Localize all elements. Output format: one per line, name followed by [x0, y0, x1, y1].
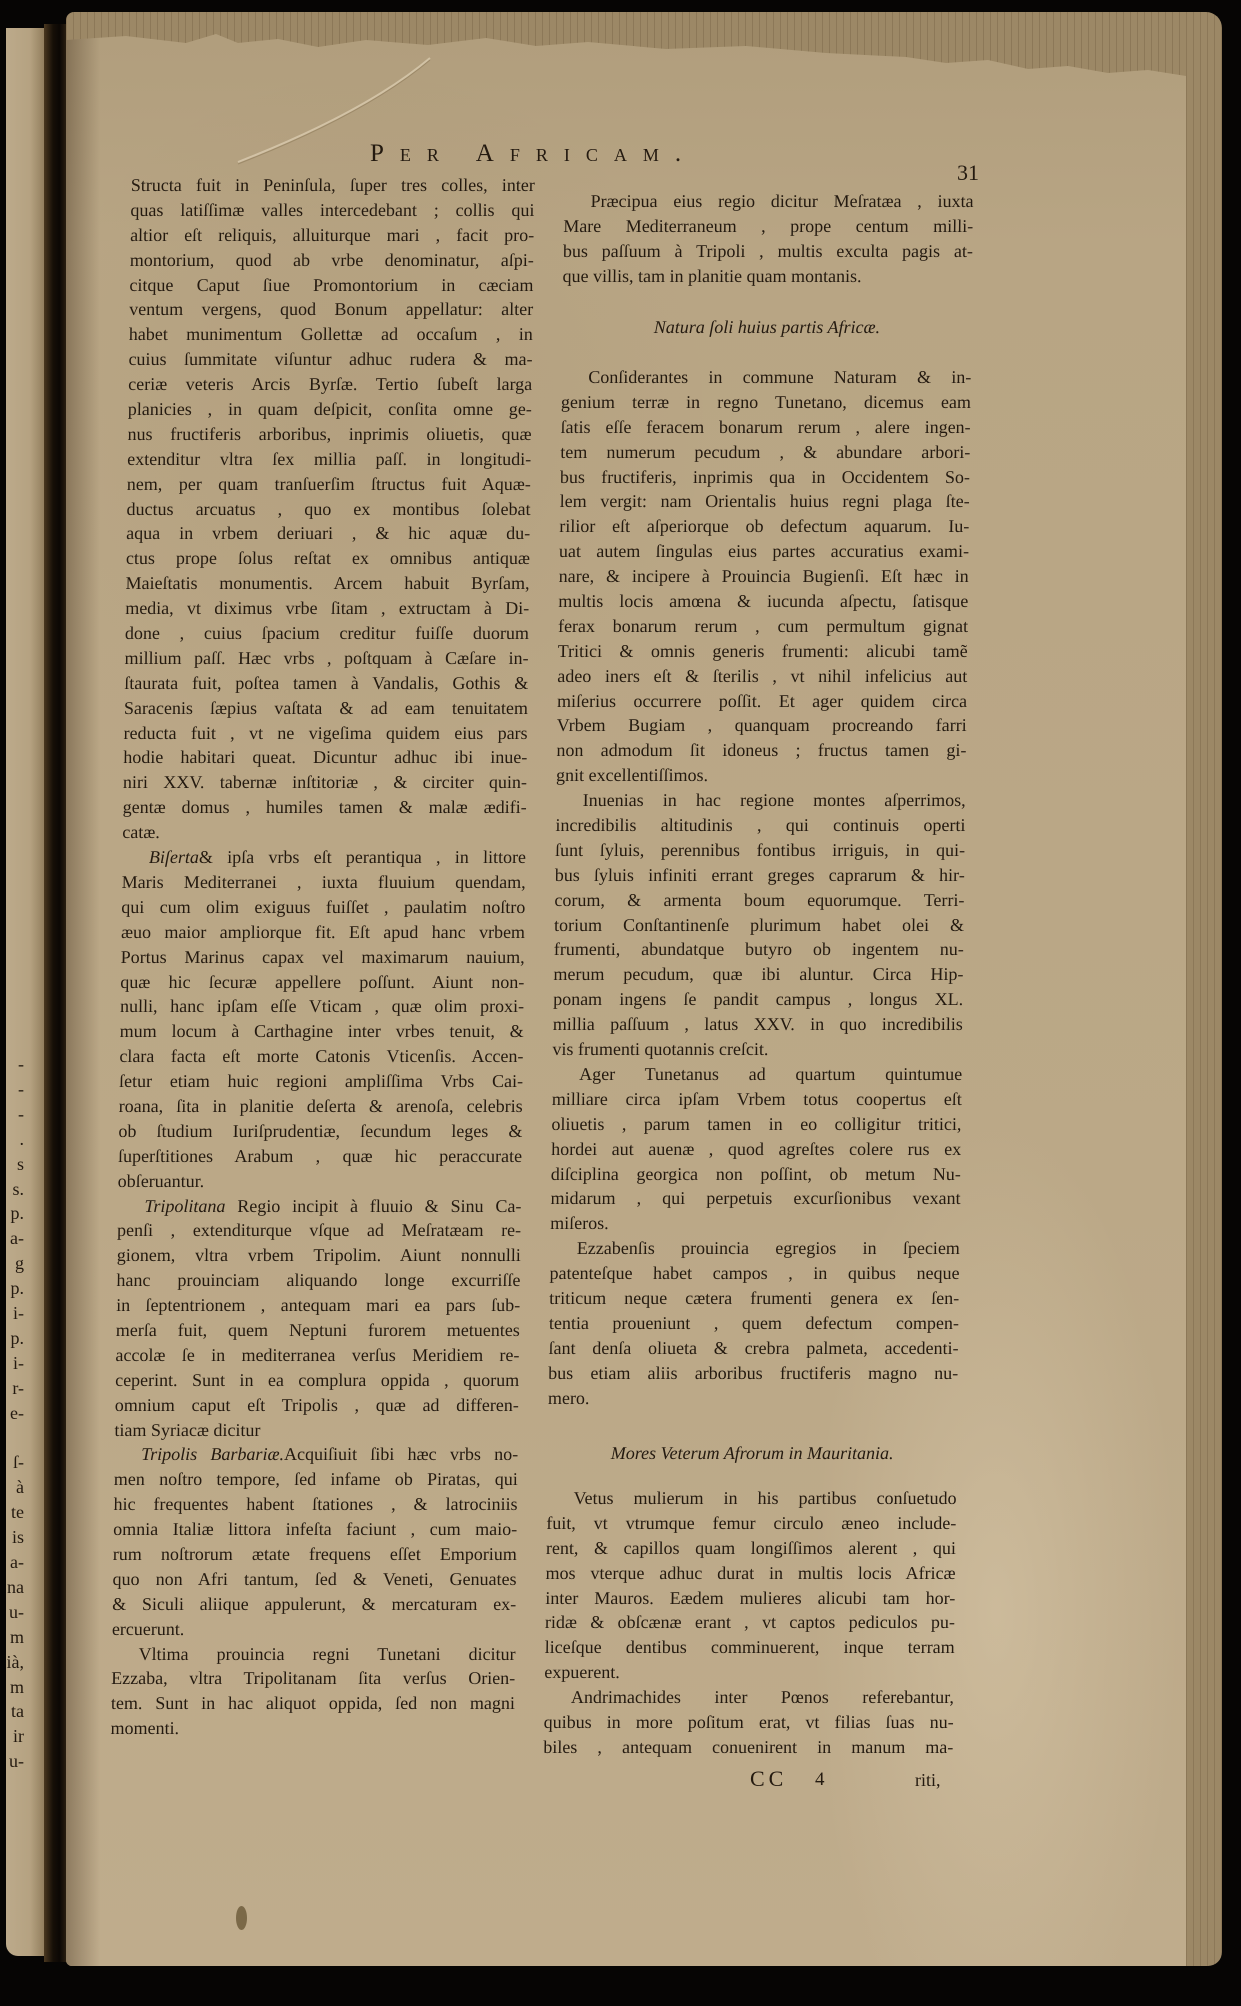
- text-line: expuerent.: [544, 1660, 954, 1685]
- text-line: altior eſt reliquis, alluiturque mari , …: [130, 223, 534, 248]
- line-text: ercuerunt.: [112, 1619, 185, 1639]
- text-line: æuo maior ampliorque fit. Eſt apud hanc …: [121, 920, 525, 945]
- text-line: Vrbem Bugiam , quanquam procreando farri: [557, 713, 967, 738]
- text-line: frumenti, abundatque butyro ob ingentem …: [554, 937, 964, 962]
- line-text: qui cum olim exiguus fuiſſet , paulatim …: [121, 897, 525, 917]
- text-line: ponam ingens ſe pandit campus , longus X…: [553, 987, 963, 1012]
- text-line: quo non Afri tantum, ſed & Veneti, Genua…: [112, 1567, 516, 1592]
- line-text: bus fructiferis, inprimis qua in Occiden…: [560, 467, 970, 487]
- text-line: adeo iners eſt & ſterilis , vt nihil inf…: [557, 664, 967, 689]
- line-text: Andrimachides inter Pœnos referebantur,: [571, 1687, 954, 1707]
- line-text: Ezzabenſis prouincia egregios in ſpeciem: [577, 1238, 960, 1258]
- text-line: ductus arcuatus , quo ex montibus ſoleba…: [126, 497, 530, 522]
- line-text: millia paſſuum , latus XXV. in quo incre…: [553, 1014, 963, 1034]
- text-line: Biſerta& ipſa vrbs eſt perantiqua , in l…: [122, 845, 526, 870]
- text-line: Inuenias in hac regione montes aſperrimo…: [556, 788, 966, 813]
- line-text: ctus prope ſolus reſtat ex omnibus antiq…: [126, 548, 530, 568]
- line-text: men noſtro tempore, ſed infame ob Pirata…: [114, 1469, 518, 1489]
- line-text: done , cuius ſpacium creditur fuiſſe duo…: [125, 623, 529, 643]
- text-line: rum noſtrorum ætate frequens eſſet Empor…: [113, 1542, 517, 1567]
- text-line: milliare circa ipſam Vrbem totus coopert…: [552, 1087, 962, 1112]
- line-text: adeo iners eſt & ſterilis , vt nihil inf…: [557, 666, 967, 686]
- line-text: accolæ ſe in mediterranea verſus Meridie…: [115, 1345, 519, 1365]
- text-line: media, vt diximus vrbe ſitam , extructam…: [125, 596, 529, 621]
- line-text: patenteſque habet campos , in quibus neq…: [549, 1263, 959, 1283]
- line-text: habet munimentum Gollettæ ad occaſum , i…: [129, 324, 533, 344]
- text-line: midarum , qui perpetuis excurſionibus ve…: [550, 1186, 960, 1211]
- text-line: gentæ domus , humiles tamen & malæ ædifi…: [122, 795, 526, 820]
- text-line: biles , antequam conuenirent in manum ma…: [543, 1735, 953, 1760]
- catchword: riti,: [915, 1768, 941, 1792]
- text-line: millium paſſ. Hæc vrbs , poſtquam à Cæſa…: [124, 646, 528, 671]
- text-line: Portus Marinus capax vel maximarum nauiu…: [121, 945, 525, 970]
- section-heading-mores-veterum: Mores Veterum Afrorum in Mauritania.: [547, 1441, 957, 1465]
- line-text: Saracenis ſæpius vaſtata & ad eam tenuit…: [124, 698, 528, 718]
- line-text: roana, ſita in planitie deſerta & arenoſ…: [119, 1096, 523, 1116]
- line-text: obſeruantur.: [118, 1171, 205, 1191]
- text-line: bus fructiferis, inprimis qua in Occiden…: [560, 465, 970, 490]
- text-line: qui cum olim exiguus fuiſſet , paulatim …: [121, 895, 525, 920]
- text-line: men noſtro tempore, ſed infame ob Pirata…: [114, 1467, 518, 1492]
- text-line: tentia proueniunt , quem defectum compen…: [549, 1311, 959, 1336]
- line-text: aqua in vrbem deriuari , & hic aquæ du-: [126, 523, 530, 543]
- text-line: cuius ſummitate viſuntur adhuc rudera & …: [128, 347, 532, 372]
- line-text: Conſiderantes in commune Naturam & in-: [588, 367, 971, 387]
- text-line: incredibilis altitudinis , qui continuis…: [555, 813, 965, 838]
- line-text: ſetur etiam huic regioni ampliſſima Vrbs…: [119, 1071, 523, 1091]
- text-line: merſa fuit, quem Neptuni furorem metuent…: [116, 1318, 520, 1343]
- text-line: rent, & capillos quam longiſſimos aleren…: [546, 1536, 956, 1561]
- text-line: niri XXV. tabernæ inſtitoriæ , & circite…: [123, 770, 527, 795]
- line-text: reducta fuit , vt ne vigeſima quidem eiu…: [124, 723, 528, 743]
- text-line: Vltima prouincia regni Tunetani dicitur: [111, 1642, 515, 1667]
- line-text: mero.: [548, 1388, 590, 1408]
- line-text: incredibilis altitudinis , qui continuis…: [555, 815, 965, 835]
- italic-lead-word: Biſerta: [149, 847, 199, 867]
- text-line: roana, ſita in planitie deſerta & arenoſ…: [119, 1094, 523, 1119]
- text-line: Vetus mulierum in his partibus conſuetud…: [546, 1486, 956, 1511]
- text-line: inter Mauros. Eædem mulieres alicubi tam…: [545, 1586, 955, 1611]
- text-line: ercuerunt.: [112, 1617, 516, 1642]
- line-text: montorium, quod ab vrbe denominatur, aſp…: [130, 250, 534, 270]
- line-text: niri XXV. tabernæ inſtitoriæ , & circite…: [123, 772, 527, 792]
- line-text: Vetus mulierum in his partibus conſuetud…: [573, 1488, 956, 1508]
- section-heading-natura-soli: Natura ſoli huius partis Africæ.: [562, 315, 972, 339]
- line-text: liceſque dentibus comminuerent, inque te…: [545, 1637, 955, 1657]
- text-line: tem. Sunt in hac aliquot oppida, ſed non…: [111, 1691, 515, 1716]
- text-line: millia paſſuum , latus XXV. in quo incre…: [553, 1012, 963, 1037]
- text-line: lem vergit: nam Orientalis huius regni p…: [559, 489, 969, 514]
- text-line: oliuetis , parum tamen in eo colligitur …: [551, 1112, 961, 1137]
- line-text: rilior eſt aſperiorque ob defectum aquar…: [559, 516, 969, 536]
- text-line: tiam Syriacæ dicitur: [114, 1418, 518, 1443]
- line-text: lem vergit: nam Orientalis huius regni p…: [560, 491, 970, 511]
- line-text: rent, & capillos quam longiſſimos aleren…: [546, 1538, 956, 1558]
- text-line: Maieſtatis monumentis. Arcem habuit Byrſ…: [125, 571, 529, 596]
- line-text: ridæ & obſcænæ erant , vt captos pedicul…: [545, 1612, 955, 1632]
- text-line: ſant denſa oliueta & crebra palmeta, acc…: [548, 1336, 958, 1361]
- line-text: Præcipua eius regio dicitur Meſratæa , i…: [590, 191, 973, 211]
- line-text: ob ſtudium Iuriſprudentiæ, ſecundum lege…: [118, 1121, 522, 1141]
- text-line: diſciplina georgica non poſſint, ob metu…: [551, 1162, 961, 1187]
- text-line: done , cuius ſpacium creditur fuiſſe duo…: [125, 621, 529, 646]
- line-text: mum locum à Carthagine inter vrbes tenui…: [120, 1021, 524, 1041]
- line-text: quæ hic ſecuræ appellere poſſunt. Aiunt …: [120, 972, 524, 992]
- text-line: extenditur vltra ſex millia paſſ. in lon…: [127, 447, 531, 472]
- text-line: nulli, hanc ipſam eſſe Vticam , quæ olim…: [120, 994, 524, 1019]
- text-line: patenteſque habet campos , in quibus neq…: [549, 1261, 959, 1286]
- line-text: hodie habitari queat. Dicuntur adhuc ibi…: [123, 747, 527, 767]
- line-text: media, vt diximus vrbe ſitam , extructam…: [125, 598, 529, 618]
- line-text: momenti.: [110, 1718, 179, 1738]
- line-text: ſtaurata fuit, poſtea tamen à Vandalis, …: [124, 673, 528, 693]
- text-line: Conſiderantes in commune Naturam & in-: [561, 365, 971, 390]
- line-text: Acquiſiuit ſibi hæc vrbs no-: [284, 1444, 518, 1464]
- line-text: nare, & incipere à Prouincia Bugienſi. E…: [559, 566, 969, 586]
- text-line: quibus in more poſitum erat, vt filias ſ…: [544, 1710, 954, 1735]
- text-line: in ſeptentrionem , antequam mari ea pars…: [116, 1293, 520, 1318]
- line-text: Tritici & omnis generis frumenti: alicub…: [558, 641, 968, 661]
- line-text: Structa fuit in Peninſula, ſuper tres co…: [131, 175, 535, 195]
- right-column-section-2: Conſiderantes in commune Naturam & in-ge…: [548, 365, 972, 1410]
- left-column: Structa fuit in Peninſula, ſuper tres co…: [110, 173, 535, 1741]
- text-line: ceperint. Sunt in ea complura oppida , q…: [115, 1368, 519, 1393]
- text-line: ob ſtudium Iuriſprudentiæ, ſecundum lege…: [118, 1119, 522, 1144]
- text-line: aqua in vrbem deriuari , & hic aquæ du-: [126, 521, 530, 546]
- text-line: que villis, tam in planitie quam montani…: [562, 264, 972, 289]
- line-text: catæ.: [122, 822, 160, 842]
- text-block: Structa fuit in Peninſula, ſuper tres co…: [0, 0, 1241, 2006]
- gathering-signature-number: 4: [815, 1768, 825, 1792]
- line-text: ſatis eſſe feracem bonarum rerum , alere…: [561, 417, 971, 437]
- text-line: hanc prouinciam aliquando longe excurriſ…: [116, 1268, 520, 1293]
- line-text: torium Conſtantinenſe plurimum habet ole…: [554, 915, 964, 935]
- line-text: oliuetis , parum tamen in eo colligitur …: [551, 1114, 961, 1134]
- line-text: cuius ſummitate viſuntur adhuc rudera & …: [128, 349, 532, 369]
- text-line: nare, & incipere à Prouincia Bugienſi. E…: [559, 564, 969, 589]
- line-text: Maris Mediterranei , iuxta fluuium quend…: [122, 872, 526, 892]
- text-line: & Siculi aliique appulerunt, & mercatura…: [112, 1592, 516, 1617]
- italic-lead-word: Tripolitana: [144, 1196, 225, 1216]
- line-text: triticum neque cætera frumenti genera ex…: [549, 1288, 959, 1308]
- line-text: hic frequentes habent ſtationes , & latr…: [113, 1494, 517, 1514]
- text-line: merum pecudum, quæ ibi aluntur. Circa Hi…: [553, 962, 963, 987]
- text-line: rilior eſt aſperiorque ob defectum aquar…: [559, 514, 969, 539]
- text-line: ſunt ſyluis, perennibus fontibus irrigui…: [555, 838, 965, 863]
- line-text: nem, per quam tranſuerſim ſtructus fuit …: [127, 474, 531, 494]
- line-text: diſciplina georgica non poſſint, ob metu…: [551, 1164, 961, 1184]
- text-line: penſi , extenditurque vſque ad Meſratæam…: [117, 1218, 521, 1243]
- text-line: quæ hic ſecuræ appellere poſſunt. Aiunt …: [120, 970, 524, 995]
- text-line: liceſque dentibus comminuerent, inque te…: [544, 1635, 954, 1660]
- text-line: torium Conſtantinenſe plurimum habet ole…: [554, 913, 964, 938]
- text-line: montorium, quod ab vrbe denominatur, aſp…: [130, 248, 534, 273]
- line-text: tiam Syriacæ dicitur: [114, 1420, 260, 1440]
- line-text: milliare circa ipſam Vrbem totus coopert…: [552, 1089, 962, 1109]
- text-line: ſtaurata fuit, poſtea tamen à Vandalis, …: [124, 671, 528, 696]
- line-text: genium terræ in regno Tunetano, dicemus …: [561, 392, 971, 412]
- line-text: quo non Afri tantum, ſed & Veneti, Genua…: [112, 1569, 516, 1589]
- line-text: bus ſyluis infiniti errant greges caprar…: [555, 865, 965, 885]
- line-text: merum pecudum, quæ ibi aluntur. Circa Hi…: [553, 964, 963, 984]
- line-text: gionem, vltra vrbem Tripolim. Aiunt nonn…: [117, 1245, 521, 1265]
- line-text: Regio incipit à fluuio & Sinu Ca-: [225, 1196, 521, 1216]
- text-line: Mare Mediterraneum , prope centum milli-: [563, 214, 973, 239]
- line-text: rum noſtrorum ætate frequens eſſet Empor…: [113, 1544, 517, 1564]
- text-line: Ezzaba, vltra Tripolitanam ſita verſus O…: [111, 1666, 515, 1691]
- line-text: corum, & armenta boum equorumque. Terri-: [554, 890, 964, 910]
- text-line: omnia Italiæ littora infeſta faciunt , c…: [113, 1517, 517, 1542]
- line-text: miſeros.: [550, 1213, 609, 1233]
- line-text: Inuenias in hac regione montes aſperrimo…: [583, 790, 966, 810]
- text-line: genium terræ in regno Tunetano, dicemus …: [561, 390, 971, 415]
- line-text: & Siculi aliique appulerunt, & mercatura…: [112, 1594, 516, 1614]
- text-line: reducta fuit , vt ne vigeſima quidem eiu…: [123, 721, 527, 746]
- line-text: citque Caput ſiue Promontorium in cæciam: [129, 275, 533, 295]
- text-line: Tritici & omnis generis frumenti: alicub…: [558, 639, 968, 664]
- text-line: momenti.: [110, 1716, 514, 1741]
- text-line: ſuperſtitiones Arabum , quæ hic peraccur…: [118, 1144, 522, 1169]
- text-line: Ager Tunetanus ad quartum quintumue: [552, 1062, 962, 1087]
- line-text: ceperint. Sunt in ea complura oppida , q…: [115, 1370, 519, 1390]
- line-text: omnium caput eſt Tripolis , quæ ad diffe…: [115, 1395, 519, 1415]
- line-text: nus fructiferis arboribus, inprimis oliu…: [127, 424, 531, 444]
- line-text: fuit, vt vtrumque femur circulo æneo inc…: [546, 1513, 956, 1533]
- line-text: Portus Marinus capax vel maximarum nauiu…: [121, 947, 525, 967]
- text-line: ſetur etiam huic regioni ampliſſima Vrbs…: [119, 1069, 523, 1094]
- right-column-section-3: Vetus mulierum in his partibus conſuetud…: [543, 1486, 957, 1760]
- line-text: inter Mauros. Eædem mulieres alicubi tam…: [545, 1588, 955, 1608]
- line-text: miſerius occurrere poſſit. Et ager quide…: [557, 691, 967, 711]
- text-line: accolæ ſe in mediterranea verſus Meridie…: [115, 1343, 519, 1368]
- line-text: gnit excellentiſſimos.: [556, 765, 708, 785]
- line-text: Ezzaba, vltra Tripolitanam ſita verſus O…: [111, 1668, 515, 1688]
- line-text: ferax bonarum rerum , cum permultum gign…: [558, 616, 968, 636]
- line-text: expuerent.: [544, 1662, 620, 1682]
- line-text: millium paſſ. Hæc vrbs , poſtquam à Cæſa…: [124, 648, 528, 668]
- line-text: Ager Tunetanus ad quartum quintumue: [579, 1064, 962, 1084]
- line-text: gentæ domus , humiles tamen & malæ ædifi…: [123, 797, 527, 817]
- italic-lead-word: Tripolis Barbariæ.: [141, 1444, 284, 1464]
- line-text: ductus arcuatus , quo ex montibus ſoleba…: [126, 499, 530, 519]
- line-text: nulli, hanc ipſam eſſe Vticam , quæ olim…: [120, 996, 524, 1016]
- line-text: mos vterque adhuc durat in multis locis …: [546, 1563, 956, 1583]
- line-text: bus etiam aliis arboribus fructiferis ma…: [548, 1363, 958, 1383]
- text-line: ſatis eſſe feracem bonarum rerum , alere…: [560, 415, 970, 440]
- line-text: ceriæ veteris Arcis Byrſæ. Tertio ſubeſt…: [128, 374, 532, 394]
- line-text: quas latiſſimæ valles intercedebant ; co…: [130, 200, 534, 220]
- text-line: Tripolitana Regio incipit à fluuio & Sin…: [117, 1194, 521, 1219]
- line-text: Mare Mediterraneum , prope centum milli-: [563, 216, 973, 236]
- line-text: Vrbem Bugiam , quanquam procreando farri: [557, 715, 967, 735]
- text-line: hodie habitari queat. Dicuntur adhuc ibi…: [123, 745, 527, 770]
- text-line: mero.: [548, 1386, 958, 1411]
- line-text: multis locis amœna & iucunda aſpectu, ſa…: [558, 591, 968, 611]
- line-text: Vltima prouincia regni Tunetani dicitur: [138, 1644, 515, 1664]
- line-text: non admodum ſit idoneus ; fructus tamen …: [556, 740, 966, 760]
- line-text: penſi , extenditurque vſque ad Meſratæam…: [117, 1220, 521, 1240]
- text-line: mum locum à Carthagine inter vrbes tenui…: [120, 1019, 524, 1044]
- text-line: bus paſſuum à Tripoli , multis exculta p…: [563, 239, 973, 264]
- line-text: clara facta eſt morte Catonis Vticenſis.…: [119, 1046, 523, 1066]
- text-line: triticum neque cætera frumenti genera ex…: [549, 1286, 959, 1311]
- line-text: bus paſſuum à Tripoli , multis exculta p…: [563, 241, 973, 261]
- line-text: & ipſa vrbs eſt perantiqua , in littore: [199, 847, 526, 867]
- text-line: vis frumenti quotannis creſcit.: [552, 1037, 962, 1062]
- text-line: nus fructiferis arboribus, inprimis oliu…: [127, 422, 531, 447]
- text-line: gionem, vltra vrbem Tripolim. Aiunt nonn…: [117, 1243, 521, 1268]
- text-line: Structa fuit in Peninſula, ſuper tres co…: [131, 173, 535, 198]
- text-line: catæ.: [122, 820, 526, 845]
- text-line: uat autem ſingulas eius partes accuratiu…: [559, 539, 969, 564]
- line-text: altior eſt reliquis, alluiturque mari , …: [130, 225, 534, 245]
- text-line: quas latiſſimæ valles intercedebant ; co…: [130, 198, 534, 223]
- line-text: quibus in more poſitum erat, vt filias ſ…: [544, 1712, 954, 1732]
- text-line: Ezzabenſis prouincia egregios in ſpeciem: [550, 1236, 960, 1261]
- text-line: habet munimentum Gollettæ ad occaſum , i…: [129, 322, 533, 347]
- text-line: omnium caput eſt Tripolis , quæ ad diffe…: [115, 1393, 519, 1418]
- line-text: uat autem ſingulas eius partes accuratiu…: [559, 541, 969, 561]
- line-text: ventum vergens, quod Bonum appellatur: a…: [129, 299, 533, 319]
- text-line: miſerius occurrere poſſit. Et ager quide…: [557, 689, 967, 714]
- text-line: non admodum ſit idoneus ; fructus tamen …: [556, 738, 966, 763]
- line-text: biles , antequam conuenirent in manum ma…: [543, 1737, 953, 1757]
- line-text: tem. Sunt in hac aliquot oppida, ſed non…: [111, 1693, 515, 1713]
- text-line: ctus prope ſolus reſtat ex omnibus antiq…: [126, 546, 530, 571]
- text-line: Andrimachides inter Pœnos referebantur,: [544, 1685, 954, 1710]
- line-text: æuo maior ampliorque fit. Eſt apud hanc …: [121, 922, 525, 942]
- text-line: ridæ & obſcænæ erant , vt captos pedicul…: [545, 1610, 955, 1635]
- line-text: planicies , in quam deſpicit, conſita om…: [128, 399, 532, 419]
- line-text: hanc prouinciam aliquando longe excurriſ…: [116, 1270, 520, 1290]
- line-text: ſant denſa oliueta & crebra palmeta, acc…: [548, 1338, 958, 1358]
- line-text: omnia Italiæ littora infeſta faciunt , c…: [113, 1519, 517, 1539]
- text-line: hic frequentes habent ſtationes , & latr…: [113, 1492, 517, 1517]
- gathering-signature: CC: [750, 1766, 787, 1792]
- text-line: Tripolis Barbariæ.Acquiſiuit ſibi hæc vr…: [114, 1442, 518, 1467]
- text-line: Præcipua eius regio dicitur Meſratæa , i…: [563, 189, 973, 214]
- text-line: multis locis amœna & iucunda aſpectu, ſa…: [558, 589, 968, 614]
- line-text: hordei aut auenæ , quod agreſtes colere …: [551, 1139, 961, 1159]
- text-line: ventum vergens, quod Bonum appellatur: a…: [129, 297, 533, 322]
- line-text: in ſeptentrionem , antequam mari ea pars…: [116, 1295, 520, 1315]
- text-line: Saracenis ſæpius vaſtata & ad eam tenuit…: [124, 696, 528, 721]
- text-line: Maris Mediterranei , iuxta fluuium quend…: [122, 870, 526, 895]
- line-text: ſuperſtitiones Arabum , quæ hic peraccur…: [118, 1146, 522, 1166]
- text-line: fuit, vt vtrumque femur circulo æneo inc…: [546, 1511, 956, 1536]
- right-column-section-1: Præcipua eius regio dicitur Meſratæa , i…: [562, 189, 973, 289]
- line-text: tem numerum pecudum , & abundare arbori-: [560, 442, 970, 462]
- text-line: hordei aut auenæ , quod agreſtes colere …: [551, 1137, 961, 1162]
- line-text: frumenti, abundatque butyro ob ingentem …: [554, 939, 964, 959]
- text-line: ferax bonarum rerum , cum permultum gign…: [558, 614, 968, 639]
- text-line: miſeros.: [550, 1211, 960, 1236]
- text-line: mos vterque adhuc durat in multis locis …: [545, 1561, 955, 1586]
- text-line: citque Caput ſiue Promontorium in cæciam: [129, 273, 533, 298]
- text-line: planicies , in quam deſpicit, conſita om…: [128, 397, 532, 422]
- text-line: ceriæ veteris Arcis Byrſæ. Tertio ſubeſt…: [128, 372, 532, 397]
- line-text: ſunt ſyluis, perennibus fontibus irrigui…: [555, 840, 965, 860]
- line-text: Maieſtatis monumentis. Arcem habuit Byrſ…: [125, 573, 529, 593]
- text-line: obſeruantur.: [118, 1169, 522, 1194]
- text-line: tem numerum pecudum , & abundare arbori-: [560, 440, 970, 465]
- text-line: clara facta eſt morte Catonis Vticenſis.…: [119, 1044, 523, 1069]
- line-text: midarum , qui perpetuis excurſionibus ve…: [550, 1188, 960, 1208]
- text-line: bus etiam aliis arboribus fructiferis ma…: [548, 1361, 958, 1386]
- line-text: vis frumenti quotannis creſcit.: [552, 1039, 768, 1059]
- line-text: merſa fuit, quem Neptuni furorem metuent…: [116, 1320, 520, 1340]
- line-text: tentia proueniunt , quem defectum compen…: [549, 1313, 959, 1333]
- text-line: nem, per quam tranſuerſim ſtructus fuit …: [127, 472, 531, 497]
- line-text: que villis, tam in planitie quam montani…: [562, 266, 861, 286]
- text-line: corum, & armenta boum equorumque. Terri-: [554, 888, 964, 913]
- text-line: gnit excellentiſſimos.: [556, 763, 966, 788]
- line-text: ponam ingens ſe pandit campus , longus X…: [553, 989, 963, 1009]
- line-text: extenditur vltra ſex millia paſſ. in lon…: [127, 449, 531, 469]
- text-line: bus ſyluis infiniti errant greges caprar…: [555, 863, 965, 888]
